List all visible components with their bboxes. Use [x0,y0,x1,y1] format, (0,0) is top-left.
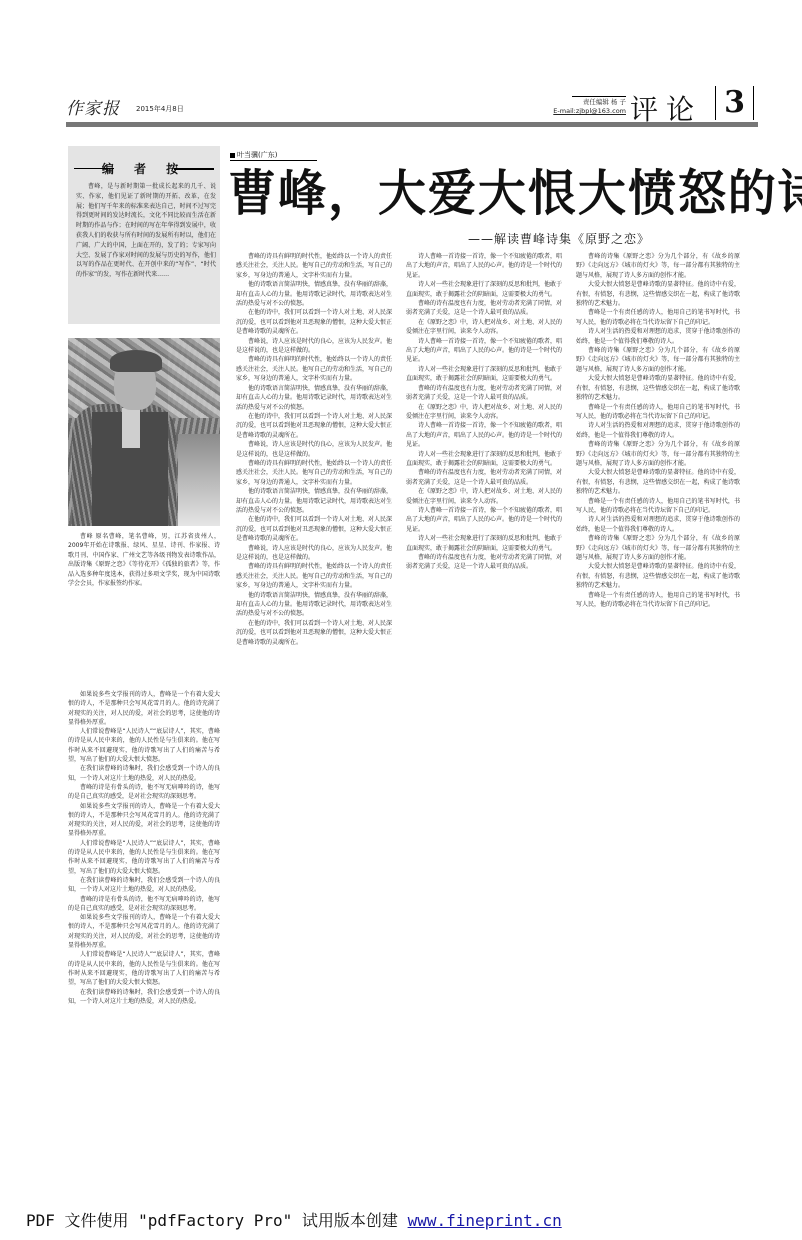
editor-note-body: 曹峰，是与新时期第一批成长起来的几千、说实、作家，他们见证了新时期的开拓、改革，… [76,182,216,280]
paragraph: 诗人曹峰一首诗接一首诗，像一个不知疲倦的歌者，唱出了大地的声音，唱出了人民的心声… [406,506,562,534]
paragraph: 曹峰的诗是有骨头的诗，他不写无病呻吟的诗，他写的是自己真实的感受，是对社会现实的… [68,895,220,914]
paragraph: 在他的诗中，我们可以看到一个诗人对土地、对人民深沉的爱，也可以看到他对丑恶现象的… [236,619,392,647]
paragraph: 曹峰是一个有责任感的诗人，他用自己的笔书写时代，书写人民，他的诗歌必将在当代诗坛… [576,308,740,327]
paragraph: 曹峰的诗集《原野之恋》分为几个部分，有《故乡的原野》《走向远方》《城市的灯火》等… [576,252,740,280]
author-photo [68,338,220,526]
article-column-3: 曹峰的诗集《原野之恋》分为几个部分，有《故乡的原野》《走向远方》《城市的灯火》等… [576,252,740,609]
article-subheadline: ——解读曹峰诗集《原野之恋》 [468,230,650,247]
paragraph: 曹峰说，诗人应该是时代的良心，应该为人民发声。他是这样说的，也是这样做的。 [236,337,392,356]
paragraph: 曹峰说，诗人应该是时代的良心，应该为人民发声。他是这样说的，也是这样做的。 [236,544,392,563]
paragraph: 人们常说曹峰是“人民诗人”“底层诗人”，其实，曹峰的诗是从人民中来的，他的人民性… [68,950,220,987]
paragraph: 曹峰说，诗人应该是时代的良心，应该为人民发声。他是这样说的，也是这样做的。 [236,440,392,459]
paragraph: 诗人曹峰一首诗接一首诗，像一个不知疲倦的歌者，唱出了大地的声音，唱出了人民的心声… [406,337,562,365]
paragraph: 曹峰的诗有温度也有力度，他对劳动者充满了同情，对弱者充满了关爱，这是一个诗人最可… [406,299,562,318]
paragraph: 曹峰的诗是有骨头的诗，他不写无病呻吟的诗，他写的是自己真实的感受，是对社会现实的… [68,783,220,802]
paragraph: 诗人对生活的热爱和对理想的追求，贯穿于他诗歌创作的始终，他是一个值得我们尊敬的诗… [576,421,740,440]
article-headline: 曹峰，大爱大恨大愤怒的诗人 [228,164,738,224]
article-left-column: 如果说多些文学报刊的诗人，曹峰是一个有着大爱大恨的诗人，不是那种只会写风花雪月的… [68,690,220,1006]
author-bio: 曹峰 原名曹峰，笔名曹峰，男，江苏省贵州人，2009年开始在诗歌报、绿风、星星、… [68,532,220,588]
editor-note-box: 编 者 按 曹峰，是与新时期第一批成长起来的几千、说实、作家，他们见证了新时期的… [68,146,220,324]
paragraph: 他的诗歌语言简洁明快，情感真挚，没有华丽的辞藻，却有直击人心的力量。他用诗歌记录… [236,487,392,515]
paragraph: 曹峰的诗集《原野之恋》分为几个部分，有《故乡的原野》《走向远方》《城市的灯火》等… [576,346,740,374]
paragraph: 曹峰是一个有责任感的诗人，他用自己的笔书写时代，书写人民，他的诗歌必将在当代诗坛… [576,591,740,610]
issue-date: 2015年4月8日 [136,104,184,114]
paragraph: 大爱大恨大愤怒是曹峰诗歌的显著特征。他的诗中有爱，有恨，有愤怒，有悲悯，这些情感… [576,374,740,402]
paragraph: 大爱大恨大愤怒是曹峰诗歌的显著特征。他的诗中有爱，有恨，有愤怒，有悲悯，这些情感… [576,468,740,496]
paragraph: 诗人对生活的热爱和对理想的追求，贯穿于他诗歌创作的始终，他是一个值得我们尊敬的诗… [576,327,740,346]
paragraph: 曹峰的诗集《原野之恋》分为几个部分，有《故乡的原野》《走向远方》《城市的灯火》等… [576,440,740,468]
paragraph: 诗人对一些社会现象进行了深刻的反思和批判，他敢于直面现实，敢于揭露社会的阴暗面，… [406,280,562,299]
paragraph: 人们常说曹峰是“人民诗人”“底层诗人”，其实，曹峰的诗是从人民中来的，他的人民性… [68,839,220,876]
paragraph: 曹峰的诗具有鲜明的时代性，他始终以一个诗人的责任感关注社会，关注人民。他写自己的… [236,562,392,590]
paragraph: 在《原野之恋》中，诗人把对故乡、对土地、对人民的爱倾注在字里行间，读来令人动容。 [406,487,562,506]
paragraph: 他的诗歌语言简洁明快，情感真挚，没有华丽的辞藻，却有直击人心的力量。他用诗歌记录… [236,591,392,619]
contact-block: 责任编辑 杨 子 E-mail:zjbpl@163.com [553,96,626,116]
paragraph: 曹峰的诗有温度也有力度，他对劳动者充满了同情，对弱者充满了关爱，这是一个诗人最可… [406,384,562,403]
paragraph: 诗人对一些社会现象进行了深刻的反思和批判，他敢于直面现实，敢于揭露社会的阴暗面，… [406,365,562,384]
paragraph: 诗人曹峰一首诗接一首诗，像一个不知疲倦的歌者，唱出了大地的声音，唱出了人民的心声… [406,421,562,449]
paragraph: 如果说多些文学报刊的诗人，曹峰是一个有着大爱大恨的诗人，不是那种只会写风花雪月的… [68,690,220,727]
paragraph: 如果说多些文学报刊的诗人，曹峰是一个有着大爱大恨的诗人，不是那种只会写风花雪月的… [68,913,220,950]
masthead-divider [66,122,758,127]
article-column-1: 曹峰的诗具有鲜明的时代性，他始终以一个诗人的责任感关注社会，关注人民。他写自己的… [236,252,392,647]
paragraph: 在我们读曹峰的诗集时，我们会感受到一个诗人的良知，一个诗人对这片土地的热爱，对人… [68,764,220,783]
article-column-2: 诗人曹峰一首诗接一首诗，像一个不知疲倦的歌者，唱出了大地的声音，唱出了人民的心声… [406,252,562,572]
photo-figure-collar [122,408,140,448]
paragraph: 曹峰是一个有责任感的诗人，他用自己的笔书写时代，书写人民，他的诗歌必将在当代诗坛… [576,497,740,516]
paragraph: 在《原野之恋》中，诗人把对故乡、对土地、对人民的爱倾注在字里行间，读来令人动容。 [406,318,562,337]
paper-logo: 作家报 [66,94,120,119]
paragraph: 大爱大恨大愤怒是曹峰诗歌的显著特征。他的诗中有爱，有恨，有愤怒，有悲悯，这些情感… [576,280,740,308]
paragraph: 在他的诗中，我们可以看到一个诗人对土地、对人民深沉的爱，也可以看到他对丑恶现象的… [236,515,392,543]
paragraph: 曹峰的诗有温度也有力度，他对劳动者充满了同情，对弱者充满了关爱，这是一个诗人最可… [406,553,562,572]
paragraph: 曹峰的诗具有鲜明的时代性，他始终以一个诗人的责任感关注社会，关注人民。他写自己的… [236,459,392,487]
editor-line: 责任编辑 杨 子 [572,96,626,107]
photo-background [178,434,220,526]
newspaper-page: 作家报 2015年4月8日 责任编辑 杨 子 E-mail:zjbpl@163.… [60,80,760,1200]
paragraph: 曹峰的诗具有鲜明的时代性，他始终以一个诗人的责任感关注社会，关注人民。他写自己的… [236,252,392,280]
photo-figure-hair [110,350,162,372]
paragraph: 他的诗歌语言简洁明快，情感真挚，没有华丽的辞藻，却有直击人心的力量。他用诗歌记录… [236,280,392,308]
paragraph: 在我们读曹峰的诗集时，我们会感受到一个诗人的良知，一个诗人对这片土地的热爱，对人… [68,876,220,895]
pdf-watermark-footer: PDF 文件使用 "pdfFactory Pro" 试用版本创建 www.fin… [26,1208,562,1231]
paragraph: 诗人对一些社会现象进行了深刻的反思和批判，他敢于直面现实，敢于揭露社会的阴暗面，… [406,534,562,553]
paragraph: 在他的诗中，我们可以看到一个诗人对土地、对人民深沉的爱，也可以看到他对丑恶现象的… [236,308,392,336]
paragraph: 曹峰的诗具有鲜明的时代性，他始终以一个诗人的责任感关注社会，关注人民。他写自己的… [236,355,392,383]
paragraph: 曹峰的诗有温度也有力度，他对劳动者充满了同情，对弱者充满了关爱，这是一个诗人最可… [406,468,562,487]
email-link[interactable]: E-mail:zjbpl@163.com [553,107,626,115]
paragraph: 他的诗歌语言简洁明快，情感真挚，没有华丽的辞藻，却有直击人心的力量。他用诗歌记录… [236,384,392,412]
paragraph: 在我们读曹峰的诗集时，我们会感受到一个诗人的良知，一个诗人对这片土地的热爱，对人… [68,988,220,1007]
paragraph: 诗人对一些社会现象进行了深刻的反思和批判，他敢于直面现实，敢于揭露社会的阴暗面，… [406,450,562,469]
paragraph: 大爱大恨大愤怒是曹峰诗歌的显著特征。他的诗中有爱，有恨，有愤怒，有悲悯，这些情感… [576,562,740,590]
editor-note-heading: 编 者 按 [68,160,220,177]
paragraph: 诗人曹峰一首诗接一首诗，像一个不知疲倦的歌者，唱出了大地的声音，唱出了人民的心声… [406,252,562,280]
fineprint-link[interactable]: www.fineprint.cn [408,1211,562,1230]
masthead: 作家报 2015年4月8日 责任编辑 杨 子 E-mail:zjbpl@163.… [60,80,760,123]
paragraph: 在《原野之恋》中，诗人把对故乡、对土地、对人民的爱倾注在字里行间，读来令人动容。 [406,403,562,422]
paragraph: 如果说多些文学报刊的诗人，曹峰是一个有着大爱大恨的诗人，不是那种只会写风花雪月的… [68,802,220,839]
byline: 叶当骥(广东) [230,150,317,161]
paragraph: 曹峰是一个有责任感的诗人，他用自己的笔书写时代，书写人民，他的诗歌必将在当代诗坛… [576,403,740,422]
paragraph: 曹峰的诗集《原野之恋》分为几个部分，有《故乡的原野》《走向远方》《城市的灯火》等… [576,534,740,562]
paragraph: 人们常说曹峰是“人民诗人”“底层诗人”，其实，曹峰的诗是从人民中来的，他的人民性… [68,727,220,764]
paragraph: 诗人对生活的热爱和对理想的追求，贯穿于他诗歌创作的始终，他是一个值得我们尊敬的诗… [576,515,740,534]
watermark-text: PDF 文件使用 "pdfFactory Pro" 试用版本创建 [26,1211,398,1230]
page-number: 3 [715,86,754,120]
paragraph: 在他的诗中，我们可以看到一个诗人对土地、对人民深沉的爱，也可以看到他对丑恶现象的… [236,412,392,440]
